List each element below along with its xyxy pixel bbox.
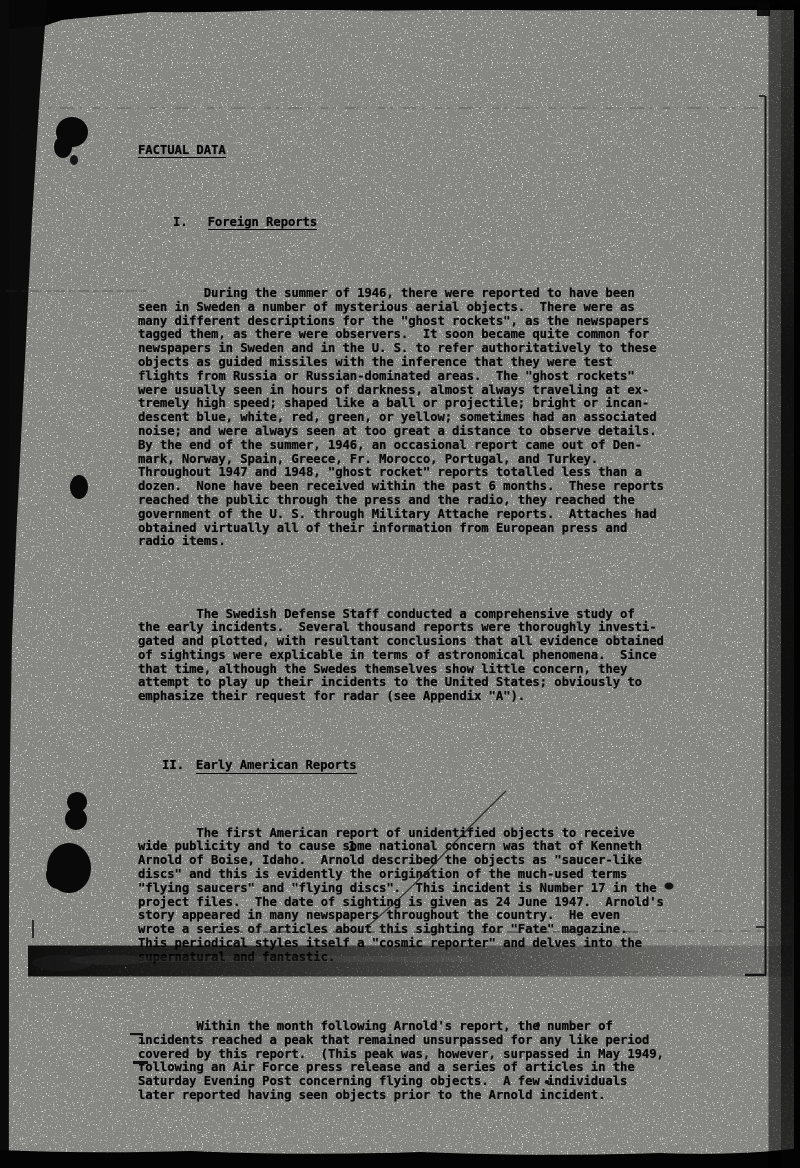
text-line: wrote a series of articles about this si… — [138, 923, 686, 937]
text-line: gated and plotted, with resultant conclu… — [138, 635, 686, 649]
section-numeral: II. — [162, 758, 184, 772]
paragraph-early-american-2: Within the month following Arnold's repo… — [138, 1020, 686, 1103]
text-line: objects as guided missiles with the infe… — [138, 356, 686, 370]
text-line: supernatural and fantastic. — [138, 951, 686, 965]
text-line: seen in Sweden a number of mysterious ae… — [138, 301, 686, 315]
text-line: descent blue, white, red, green, or yell… — [138, 411, 686, 425]
text-line: Arnold of Boise, Idaho. Arnold described… — [138, 854, 686, 868]
text-line: Saturday Evening Post concerning flying … — [138, 1075, 686, 1089]
section-heading-early-american-reports: II.Early American Reports — [138, 759, 686, 773]
text-line: radio items. — [138, 535, 686, 549]
text-line: Within the month following Arnold's repo… — [138, 1020, 686, 1034]
text-line: incidents reached a peak that remained u… — [138, 1034, 686, 1048]
section-heading-label: Early American Reports — [196, 758, 357, 774]
text-line: By the end of the summer, 1946, an occas… — [138, 439, 686, 453]
paragraph-early-american-1: The first American report of unidentifie… — [138, 827, 686, 965]
text-line: "flying saucers" and "flying discs". Thi… — [138, 882, 686, 896]
text-line: later reported having seen objects prior… — [138, 1089, 686, 1103]
page-number: 1 — [348, 839, 356, 855]
doc-title-line: FACTUAL DATA — [138, 144, 686, 158]
section-numeral: I. — [173, 215, 188, 229]
text-line: government of the U. S. through Military… — [138, 508, 686, 522]
scanned-document-page: FACTUAL DATA I.Foreign Reports During th… — [0, 0, 800, 1168]
text-line: reached the public through the press and… — [138, 494, 686, 508]
section-heading-foreign-reports: I.Foreign Reports — [138, 216, 686, 230]
typewritten-text-column: FACTUAL DATA I.Foreign Reports During th… — [138, 116, 686, 1130]
text-line: flights from Russia or Russian-dominated… — [138, 370, 686, 384]
text-line: During the summer of 1946, there were re… — [138, 287, 686, 301]
text-line: noise; and were always seen at too great… — [138, 425, 686, 439]
paragraph-foreign-reports-2: The Swedish Defense Staff conducted a co… — [138, 608, 686, 705]
text-line: emphasize their request for radar (see A… — [138, 690, 686, 704]
text-line: discs" and this is evidently the origina… — [138, 868, 686, 882]
paragraph-foreign-reports-1: During the summer of 1946, there were re… — [138, 287, 686, 549]
text-line: newspapers in Sweden and in the U. S. to… — [138, 342, 686, 356]
text-line: mark, Norway, Spain, Greece, Fr. Morocco… — [138, 453, 686, 467]
text-line: This periodical styles itself a "cosmic … — [138, 937, 686, 951]
text-line: dozen. None have been received within th… — [138, 480, 686, 494]
text-line: of sightings were explicable in terms of… — [138, 649, 686, 663]
doc-title: FACTUAL DATA — [138, 143, 226, 159]
section-heading-label: Foreign Reports — [208, 215, 318, 231]
